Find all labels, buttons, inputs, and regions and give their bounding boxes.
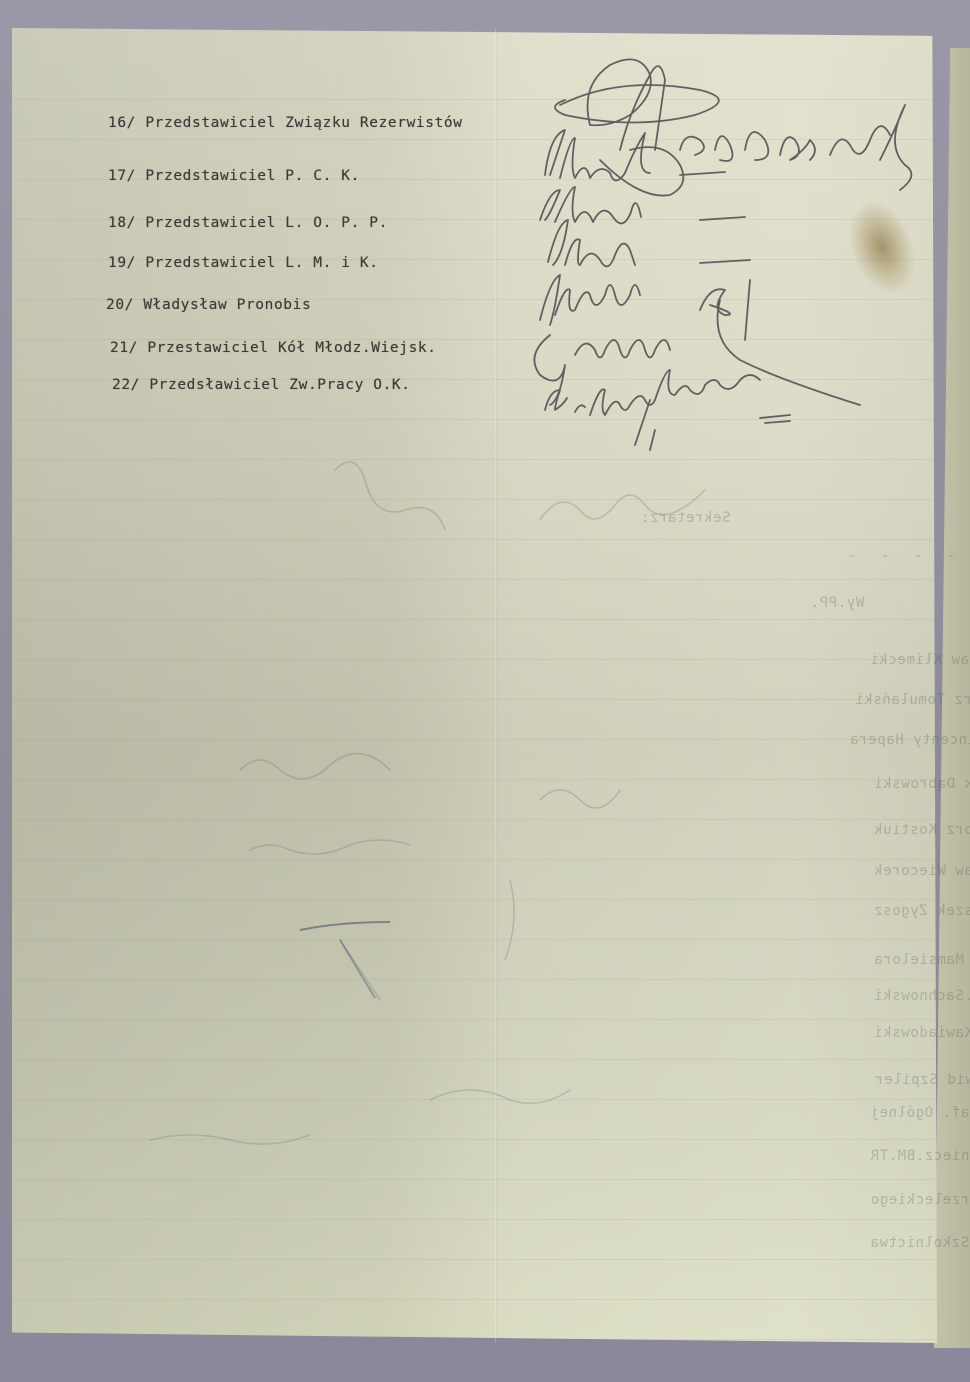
signature-16 xyxy=(555,59,911,195)
signature-17 xyxy=(545,130,725,181)
signature-21 xyxy=(534,300,860,405)
handwritten-signatures xyxy=(0,0,970,500)
signature-19 xyxy=(548,220,750,266)
signature-22 xyxy=(545,370,790,450)
signature-18 xyxy=(540,187,745,223)
